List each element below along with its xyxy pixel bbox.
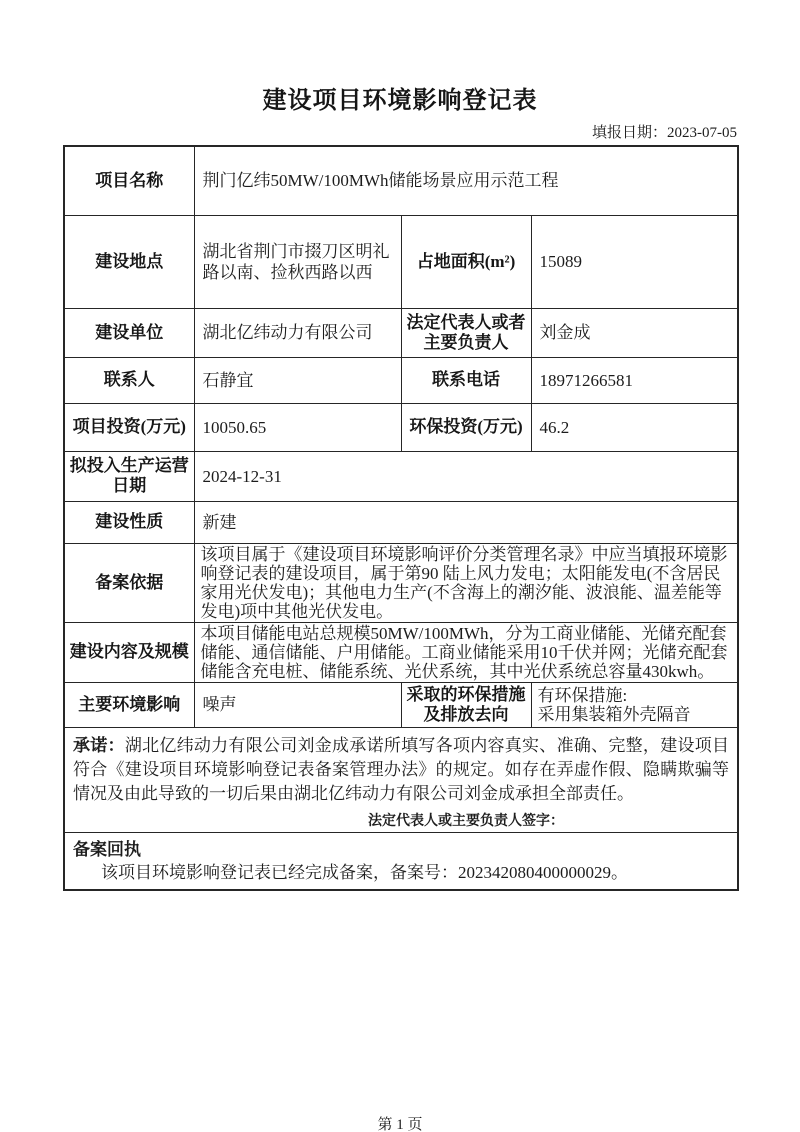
row-commitment: 承诺：湖北亿纬动力有限公司刘金成承诺所填写各项内容真实、准确、完整，建设项目符合… [64, 727, 738, 832]
legal-rep-value: 刘金成 [531, 308, 738, 357]
contact-person-value: 石静宜 [194, 357, 401, 403]
build-nature-value: 新建 [194, 501, 738, 543]
filing-basis-label: 备案依据 [64, 543, 194, 622]
filing-basis-value: 该项目属于《建设项目环境影响评价分类管理名录》中应当填报环境影响登记表的建设项目… [194, 543, 738, 622]
land-area-value: 15089 [531, 215, 738, 308]
legal-rep-label: 法定代表人或者主要负责人 [401, 308, 531, 357]
row-operation-date: 拟投入生产运营日期 2024-12-31 [64, 451, 738, 501]
commitment-paragraph: 承诺：湖北亿纬动力有限公司刘金成承诺所填写各项内容真实、准确、完整，建设项目符合… [73, 734, 729, 806]
row-contact: 联系人 石静宜 联系电话 18971266581 [64, 357, 738, 403]
operation-date-value: 2024-12-31 [194, 451, 738, 501]
land-area-label: 占地面积(m²) [401, 215, 531, 308]
project-investment-label: 项目投资(万元) [64, 403, 194, 451]
filing-receipt-text: 该项目环境影响登记表已经完成备案，备案号：202342080400000029。 [73, 861, 729, 885]
fill-date: 填报日期：2023-07-05 [63, 121, 737, 142]
document-page: 建设项目环境影响登记表 填报日期：2023-07-05 项目名称 荆门亿纬50M… [0, 0, 800, 1132]
row-env-impact: 主要环境影响 噪声 采取的环保措施及排放去向 有环保措施: 采用集装箱外壳隔音 [64, 682, 738, 727]
operation-date-label: 拟投入生产运营日期 [64, 451, 194, 501]
project-name-label: 项目名称 [64, 146, 194, 215]
main-env-impact-value: 噪声 [194, 682, 401, 727]
build-nature-label: 建设性质 [64, 501, 194, 543]
project-investment-value: 10050.65 [194, 403, 401, 451]
row-unit-legalrep: 建设单位 湖北亿纬动力有限公司 法定代表人或者主要负责人 刘金成 [64, 308, 738, 357]
row-build-nature: 建设性质 新建 [64, 501, 738, 543]
env-investment-value: 46.2 [531, 403, 738, 451]
build-location-label: 建设地点 [64, 215, 194, 308]
row-project-name: 项目名称 荆门亿纬50MW/100MWh储能场景应用示范工程 [64, 146, 738, 215]
row-filing-basis: 备案依据 该项目属于《建设项目环境影响评价分类管理名录》中应当填报环境影响登记表… [64, 543, 738, 622]
env-measures-value: 有环保措施: 采用集装箱外壳隔音 [531, 682, 738, 727]
document-body: 填报日期：2023-07-05 项目名称 荆门亿纬50MW/100MWh储能场景… [63, 121, 737, 1132]
contact-phone-value: 18971266581 [531, 357, 738, 403]
filing-receipt-cell: 备案回执 该项目环境影响登记表已经完成备案，备案号：20234208040000… [64, 832, 738, 890]
build-unit-label: 建设单位 [64, 308, 194, 357]
contact-person-label: 联系人 [64, 357, 194, 403]
row-location-area: 建设地点 湖北省荆门市掇刀区明礼路以南、捡秋西路以西 占地面积(m²) 1508… [64, 215, 738, 308]
registration-form-table: 项目名称 荆门亿纬50MW/100MWh储能场景应用示范工程 建设地点 湖北省荆… [63, 145, 739, 891]
build-location-value: 湖北省荆门市掇刀区明礼路以南、捡秋西路以西 [194, 215, 401, 308]
row-investment: 项目投资(万元) 10050.65 环保投资(万元) 46.2 [64, 403, 738, 451]
signature-label: 法定代表人或主要负责人签字： [73, 810, 729, 830]
build-unit-value: 湖北亿纬动力有限公司 [194, 308, 401, 357]
build-content-scale-value: 本项目储能电站总规模50MW/100MWh，分为工商业储能、光储充配套储能、通信… [194, 622, 738, 682]
commitment-prefix: 承诺： [73, 736, 125, 755]
commitment-cell: 承诺：湖北亿纬动力有限公司刘金成承诺所填写各项内容真实、准确、完整，建设项目符合… [64, 727, 738, 832]
env-measures-label: 采取的环保措施及排放去向 [401, 682, 531, 727]
document-title: 建设项目环境影响登记表 [0, 0, 800, 115]
row-build-content-scale: 建设内容及规模 本项目储能电站总规模50MW/100MWh，分为工商业储能、光储… [64, 622, 738, 682]
main-env-impact-label: 主要环境影响 [64, 682, 194, 727]
build-content-scale-label: 建设内容及规模 [64, 622, 194, 682]
row-filing-receipt: 备案回执 该项目环境影响登记表已经完成备案，备案号：20234208040000… [64, 832, 738, 890]
commitment-text: 湖北亿纬动力有限公司刘金成承诺所填写各项内容真实、准确、完整，建设项目符合《建设… [73, 736, 729, 803]
env-investment-label: 环保投资(万元) [401, 403, 531, 451]
contact-phone-label: 联系电话 [401, 357, 531, 403]
page-number: 第 1 页 [63, 1113, 737, 1132]
project-name-value: 荆门亿纬50MW/100MWh储能场景应用示范工程 [194, 146, 738, 215]
filing-receipt-title: 备案回执 [73, 839, 729, 861]
